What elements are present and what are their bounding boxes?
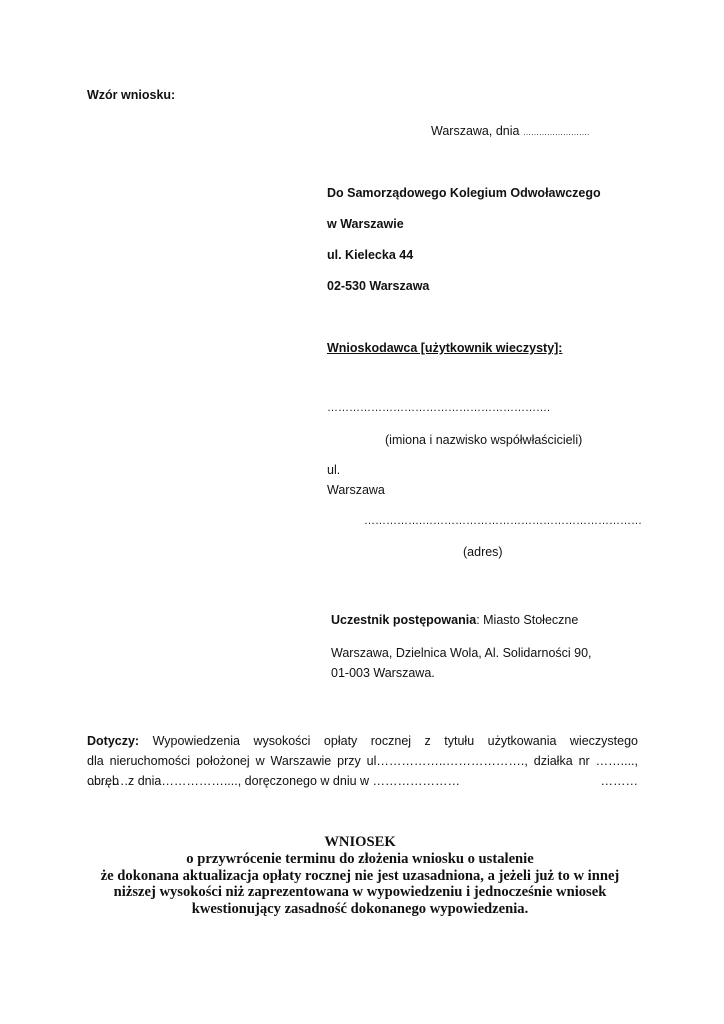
recipient-line-1: Do Samorządowego Kolegium Odwoławczego (327, 186, 601, 200)
participant-line-3: 01-003 Warszawa. (331, 666, 435, 680)
title-line-4: kwestionujący zasadność dokonanego wypow… (60, 901, 660, 918)
regarding-line-3: ……….z dnia……………...., doręczonego w dniu … (87, 771, 638, 791)
template-label: Wzór wniosku: (87, 88, 175, 102)
participant-label: Uczestnik postępowania (331, 613, 476, 627)
recipient-line-4: 02-530 Warszawa (327, 279, 429, 293)
applicant-street: ul. (327, 463, 340, 477)
recipient-line-2: w Warszawie (327, 217, 404, 231)
date-placeholder[interactable]: ……………………. (523, 128, 589, 137)
title-line-2: że dokonana aktualizacja opłaty rocznej … (60, 868, 660, 885)
applicant-address-caption: (adres) (463, 545, 503, 559)
applicant-name-caption: (imiona i nazwisko współwłaścicieli) (385, 433, 582, 447)
regarding-label: Dotyczy: (87, 734, 139, 748)
title-line-3: niższej wysokości niż zaprezentowana w w… (60, 884, 660, 901)
participant-value: : Miasto Stołeczne (476, 613, 578, 627)
participant-line-1: Uczestnik postępowania: Miasto Stołeczne (331, 613, 578, 627)
applicant-name-field[interactable]: ……………………………………………………. (327, 402, 550, 414)
regarding-text-1: Wypowiedzenia wysokości opłaty rocznej z… (153, 734, 638, 748)
title-heading: WNIOSEK (60, 834, 660, 851)
place-date: Warszawa, dnia ……………………. (431, 124, 589, 138)
participant-line-2: Warszawa, Dzielnica Wola, Al. Solidarnoś… (331, 646, 592, 660)
place-date-prefix: Warszawa, dnia (431, 124, 523, 138)
recipient-line-3: ul. Kielecka 44 (327, 248, 413, 262)
application-title: WNIOSEK o przywrócenie terminu do złożen… (60, 834, 660, 918)
applicant-city: Warszawa (327, 483, 385, 497)
applicant-address-field[interactable]: …………….…………………………………………………… (364, 515, 642, 527)
title-line-1: o przywrócenie terminu do złożenia wnios… (60, 851, 660, 868)
applicant-heading: Wnioskodawca [użytkownik wieczysty]: (327, 341, 562, 355)
regarding-line-1: Dotyczy: Wypowiedzenia wysokości opłaty … (87, 731, 638, 751)
